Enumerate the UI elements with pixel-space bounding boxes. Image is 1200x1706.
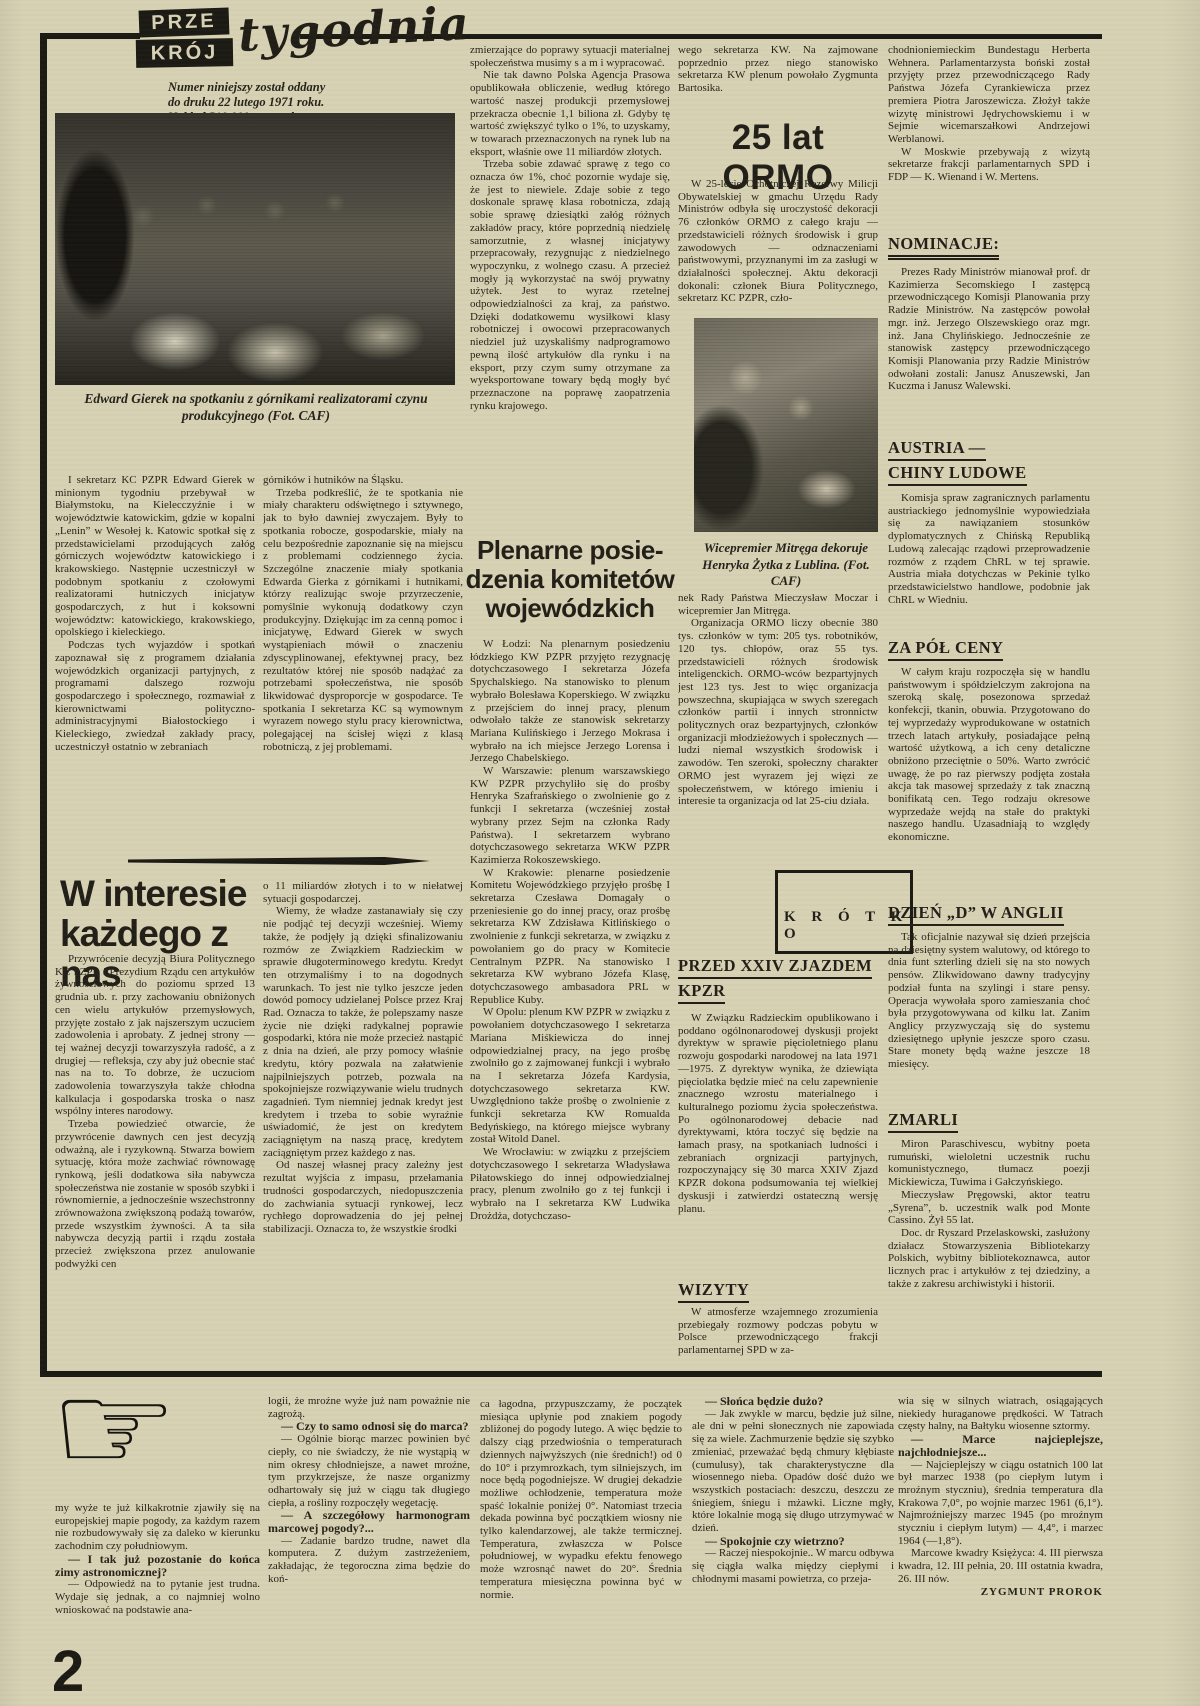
weather-col5-list: wia się w silnych wiatrach, osiągających…	[898, 1395, 1103, 1586]
headline-line: AUSTRIA —	[888, 438, 986, 461]
article-nominacje: Prezes Rady Ministrów mianował prof. dr …	[888, 266, 1090, 438]
frame-rule-left	[40, 33, 47, 1377]
headline-dzien-d: DZIEŃ „D” W ANGLII	[888, 903, 1064, 928]
paragraph: Trzeba podkreślić, że te spotkania nie m…	[263, 487, 463, 754]
paragraph: ca łagodna, przypuszczamy, że początek m…	[480, 1398, 682, 1601]
logo-block-kroj: KRÓJ	[136, 38, 233, 68]
paragraph: — Ogólnie biorąc marzec powinien być cie…	[268, 1433, 470, 1509]
paragraph: Marcowe kwadry Księżyca: 4. III pierwsza…	[898, 1547, 1103, 1585]
logo-block-prze: PRZE	[139, 7, 230, 37]
paragraph: zmierzające do poprawy sytuacji material…	[470, 44, 670, 69]
question-line: — Czy to samo odnosi się do marca?	[268, 1420, 470, 1433]
headline-wizyty: WIZYTY	[678, 1280, 749, 1305]
weather-col4: — Słońca będzie dużo?— Jak zwykle w marc…	[692, 1395, 894, 1653]
article-ormo-intro: W 25-lecie Ochotniczej Rezerwy Milicji O…	[678, 178, 878, 314]
paragraph: W Warszawie: plenum warszawskiego KW PZP…	[470, 765, 670, 867]
question-line: — Spokojnie czy wietrzno?	[692, 1535, 894, 1548]
paragraph: — Najcieplejszy w ciągu ostatnich 100 la…	[898, 1459, 1103, 1548]
paragraph: Komisja spraw zagranicznych parlamentu a…	[888, 492, 1090, 606]
weather-col2: logii, że mroźne wyże już nam poważnie n…	[268, 1395, 470, 1653]
paragraph: W Opolu: plenum KW PZPR w związku z powo…	[470, 1006, 670, 1146]
headline-line: DZIEŃ „D” W ANGLII	[888, 903, 1064, 926]
photo-gierek-meeting	[55, 113, 455, 385]
headline-zmarli: ZMARLI	[888, 1110, 958, 1135]
paragraph: — Zadanie bardzo trudne, nawet dla kompu…	[268, 1535, 470, 1586]
article-interes-col1: Przywrócenie decyzją Biura Politycznego …	[55, 953, 255, 1369]
article-zapol: W całym kraju rozpoczęła się w handlu pa…	[888, 666, 1090, 902]
paragraph: Trzeba powiedzieć otwarcie, że przywróce…	[55, 1118, 255, 1270]
paragraph: logii, że mroźne wyże już nam poważnie n…	[268, 1395, 470, 1420]
headline-line: wojewódzkich	[462, 594, 678, 623]
headline-line: Plenarne posie-	[462, 536, 678, 565]
imprint-line: do druku 22 lutego 1971 roku.	[168, 95, 390, 110]
paragraph: Od naszej własnej pracy zależny jest rez…	[263, 1159, 463, 1235]
paragraph: W Łodzi: Na plenarnym posiedzeniu łódzki…	[470, 638, 670, 765]
photo-caption-ormo: Wicepremier Mitręga dekoruje Henryka Żyt…	[688, 540, 884, 590]
headline-line: KPZR	[678, 981, 725, 1004]
paragraph: nek Rady Państwa Mieczysław Moczar i wic…	[678, 592, 878, 617]
headline-austria: AUSTRIA — CHINY LUDOWE	[888, 438, 1090, 488]
paragraph: We Wrocławiu: w związku z przejściem dot…	[470, 1146, 670, 1222]
article-plenarne-cont: wego sekretarza KW. Na zajmowane poprzed…	[678, 44, 878, 114]
headline-line: ZA PÓŁ CENY	[888, 638, 1003, 661]
paragraph: W Związku Radzieckim opublikowano i podd…	[678, 1012, 878, 1215]
weather-col5: wia się w silnych wiatrach, osiągających…	[898, 1395, 1103, 1651]
paragraph: o 11 miliardów złotych i to w niełatwej …	[263, 880, 463, 905]
paragraph: Wiemy, że władze zastanawiały się czy ni…	[263, 905, 463, 1159]
article-gierek-col1: I sekretarz KC PZPR Edward Gierek w mini…	[55, 474, 255, 838]
paragraph: my wyże te już kilkakrotnie zjawiły się …	[55, 1502, 260, 1553]
article-wizyty: W atmosferze wzajemnego zrozumienia prze…	[678, 1306, 878, 1370]
paragraph: I sekretarz KC PZPR Edward Gierek w mini…	[55, 474, 255, 639]
headline-line: CHINY LUDOWE	[888, 463, 1027, 486]
article-bilion: zmierzające do poprawy sytuacji material…	[470, 44, 670, 522]
headline-zapol: ZA PÓŁ CENY	[888, 638, 1003, 663]
question-line: — A szczegółowy harmonogram marcowej pog…	[268, 1509, 470, 1534]
paragraph: — Odpowiedź na to pytanie jest trudna. W…	[55, 1578, 260, 1616]
pointing-hand-icon: ☞	[50, 1356, 179, 1501]
question-line: — I tak już pozostanie do końca zimy ast…	[55, 1553, 260, 1578]
photo-caption-gierek: Edward Gierek na spotkaniu z górnikami r…	[70, 391, 442, 424]
paragraph: W 25-lecie Ochotniczej Rezerwy Milicji O…	[678, 178, 878, 305]
section-divider-rule	[40, 1371, 1102, 1377]
newspaper-page: PRZE KRÓJ tygodnia Numer niniejszy zosta…	[0, 0, 1200, 1706]
page-number: 2	[52, 1638, 84, 1705]
article-dzien-d: Tak oficjalnie nazywał się dzień przejśc…	[888, 931, 1090, 1109]
photo-ormo-decoration	[694, 318, 878, 532]
weather-col3: ca łagodna, przypuszczamy, że początek m…	[480, 1398, 682, 1650]
headline-nominacje: NOMINACJE:	[888, 234, 999, 262]
paragraph: wego sekretarza KW. Na zajmowane poprzed…	[678, 44, 878, 95]
paragraph: Przywrócenie decyzją Biura Politycznego …	[55, 953, 255, 1118]
paragraph: — Raczej niespokojnie.. W marcu odbywa s…	[692, 1547, 894, 1585]
paragraph: W Krakowie: plenarne posiedzenie Komitet…	[470, 867, 670, 1007]
paragraph: W Moskwie przebywają z wizytą sekretarze…	[888, 146, 1090, 184]
imprint-line: Numer niniejszy został oddany	[168, 80, 390, 95]
masthead-script-title: tygodnia	[237, 0, 471, 62]
article-ormo-cont: nek Rady Państwa Mieczysław Moczar i wic…	[678, 592, 878, 854]
article-interes-col2: o 11 miliardów złotych i to w niełatwej …	[263, 880, 463, 1362]
paragraph: Prezes Rady Ministrów mianował prof. dr …	[888, 266, 1090, 393]
paragraph: Trzeba sobie zdawać sprawę z tego co ozn…	[470, 158, 670, 412]
paragraph: wia się w silnych wiatrach, osiągających…	[898, 1395, 1103, 1433]
article-wizyty-cont: chodnioniemieckim Bundestagu Herberta We…	[888, 44, 1090, 234]
frame-rule-top-left	[40, 33, 140, 39]
article-plenarne: W Łodzi: Na plenarnym posiedzeniu łódzki…	[470, 638, 670, 1368]
headline-line: W interesie	[60, 874, 270, 914]
headline-kpzr: PRZED XXIV ZJAZDEM KPZR	[678, 956, 888, 1006]
article-zmarli: Miron Paraschivescu, wybitny poeta rumuń…	[888, 1138, 1090, 1370]
weather-byline: ZYGMUNT PROROK	[898, 1586, 1103, 1599]
headline-line: WIZYTY	[678, 1280, 749, 1303]
headline-line: dzenia komitetów	[462, 565, 678, 594]
headline-plenarne: Plenarne posie- dzenia komitetów wojewód…	[462, 536, 678, 623]
paragraph: Mieczysław Pręgowski, aktor teatru „Syre…	[888, 1189, 1090, 1227]
article-austria: Komisja spraw zagranicznych parlamentu a…	[888, 492, 1090, 640]
paragraph: Doc. dr Ryszard Przelaskowski, zasłużony…	[888, 1227, 1090, 1291]
headline-line: NOMINACJE:	[888, 234, 999, 260]
paragraph: Tak oficjalnie nazywał się dzień przejśc…	[888, 931, 1090, 1071]
question-line: — Słońca będzie dużo?	[692, 1395, 894, 1408]
paragraph: Nie tak dawno Polska Agencja Prasowa opu…	[470, 69, 670, 158]
paragraph: Podczas tych wyjazdów i spotkań zapoznaw…	[55, 639, 255, 753]
weather-col1: my wyże te już kilkakrotnie zjawiły się …	[55, 1502, 260, 1648]
tapered-divider	[128, 857, 430, 865]
headline-line: PRZED XXIV ZJAZDEM	[678, 956, 872, 979]
paragraph: — Jak zwykle w marcu, będzie już silne, …	[692, 1408, 894, 1535]
paragraph: W atmosferze wzajemnego zrozumienia prze…	[678, 1306, 878, 1357]
headline-line: ZMARLI	[888, 1110, 958, 1133]
article-kpzr: W Związku Radzieckim opublikowano i podd…	[678, 1012, 878, 1280]
paragraph: W całym kraju rozpoczęła się w handlu pa…	[888, 666, 1090, 844]
paragraph: Organizacja ORMO liczy obecnie 380 tys. …	[678, 617, 878, 808]
paragraph: Miron Paraschivescu, wybitny poeta rumuń…	[888, 1138, 1090, 1189]
paragraph: górników i hutników na Śląsku.	[263, 474, 463, 487]
question-line: — Marce najcieplejsze, najchłodniejsze..…	[898, 1433, 1103, 1458]
paragraph: chodnioniemieckim Bundestagu Herberta We…	[888, 44, 1090, 146]
article-gierek-col2: górników i hutników na Śląsku.Trzeba pod…	[263, 474, 463, 850]
